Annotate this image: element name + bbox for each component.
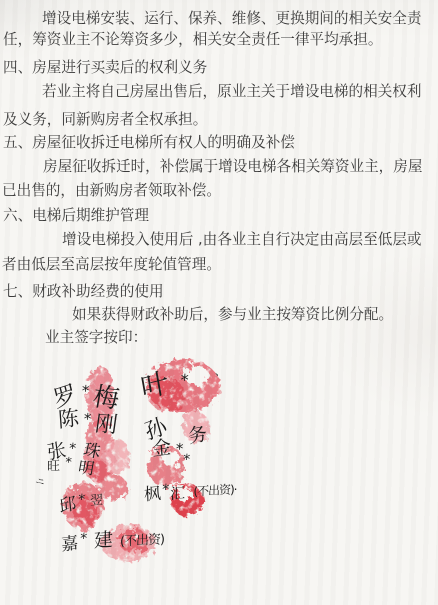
document-line: 已出售的，由新购房者领取补偿。	[2, 182, 221, 200]
signature-mark: 叶	[137, 361, 170, 407]
signature-mark: 刚	[93, 407, 118, 439]
fingerprint-stamp	[104, 439, 130, 473]
document-line: 增设电梯投入使用后 ,由各业主自行决定由高层至低层或	[62, 231, 422, 249]
redaction-asterisk: *	[182, 452, 189, 468]
document-line: 如果获得财政补助后，参与业主按筹资比例分配。	[72, 306, 393, 324]
redaction-asterisk: *	[83, 410, 91, 428]
redaction-asterisk: *	[81, 382, 89, 400]
scanned-document: 增设电梯安装、运行、保养、维修、更换期间的相关安全责任，筹资业主不论筹资多少，相…	[0, 0, 438, 605]
document-line: 若业主将自己房屋出售后，原业主关于增设电梯的相关权利	[42, 83, 421, 101]
signature-mark: 旺	[47, 455, 59, 475]
signature-mark: 汇	[170, 482, 184, 504]
document-line: 七、财政补助经费的使用	[3, 283, 164, 301]
redaction-asterisk: *	[175, 440, 183, 458]
document-line: 业主签字按印：	[45, 329, 147, 347]
signature-mark: (不出资)·	[193, 480, 236, 499]
document-line: 四、房屋进行买卖后的权利义务	[3, 59, 207, 77]
redaction-asterisk: *	[161, 482, 168, 498]
redaction-asterisk: *	[180, 371, 188, 390]
document-line: 任，筹资业主不论筹资多少，相关安全责任一律平均承担。	[3, 31, 382, 49]
document-line: 五、房屋征收拆迁电梯所有权人的明确及补偿	[3, 134, 295, 152]
signature-mark: 建	[94, 525, 112, 553]
signature-mark: (不出资)	[120, 528, 164, 549]
signature-mark: 翌	[90, 489, 102, 509]
document-line: 者由低层至高层按年度轮值管理。	[2, 256, 221, 274]
signature-mark: 枫	[144, 479, 161, 506]
signature-mark: 嘉	[60, 528, 78, 555]
signature-mark: 、	[214, 363, 225, 379]
document-line: 房屋征收拆迁时，补偿属于增设电梯各相关筹资业主，房屋	[43, 158, 422, 176]
document-line: 六、电梯后期维护管理	[3, 207, 149, 225]
document-line: 及义务，同新购房者全权承担。	[3, 111, 207, 129]
redaction-asterisk: *	[65, 456, 72, 471]
redaction-asterisk: *	[79, 531, 86, 547]
document-line: 增设电梯安装、运行、保养、维修、更换期间的相关安全责	[42, 10, 421, 28]
signature-mark: 明	[77, 455, 96, 479]
signature-mark: 邱	[58, 489, 76, 517]
signature-mark: 陈	[57, 402, 79, 435]
signature-mark: 金	[151, 432, 171, 462]
signature-mark: 务	[187, 419, 208, 449]
redaction-asterisk: *	[77, 492, 84, 508]
signature-mark: ニ	[34, 474, 46, 488]
